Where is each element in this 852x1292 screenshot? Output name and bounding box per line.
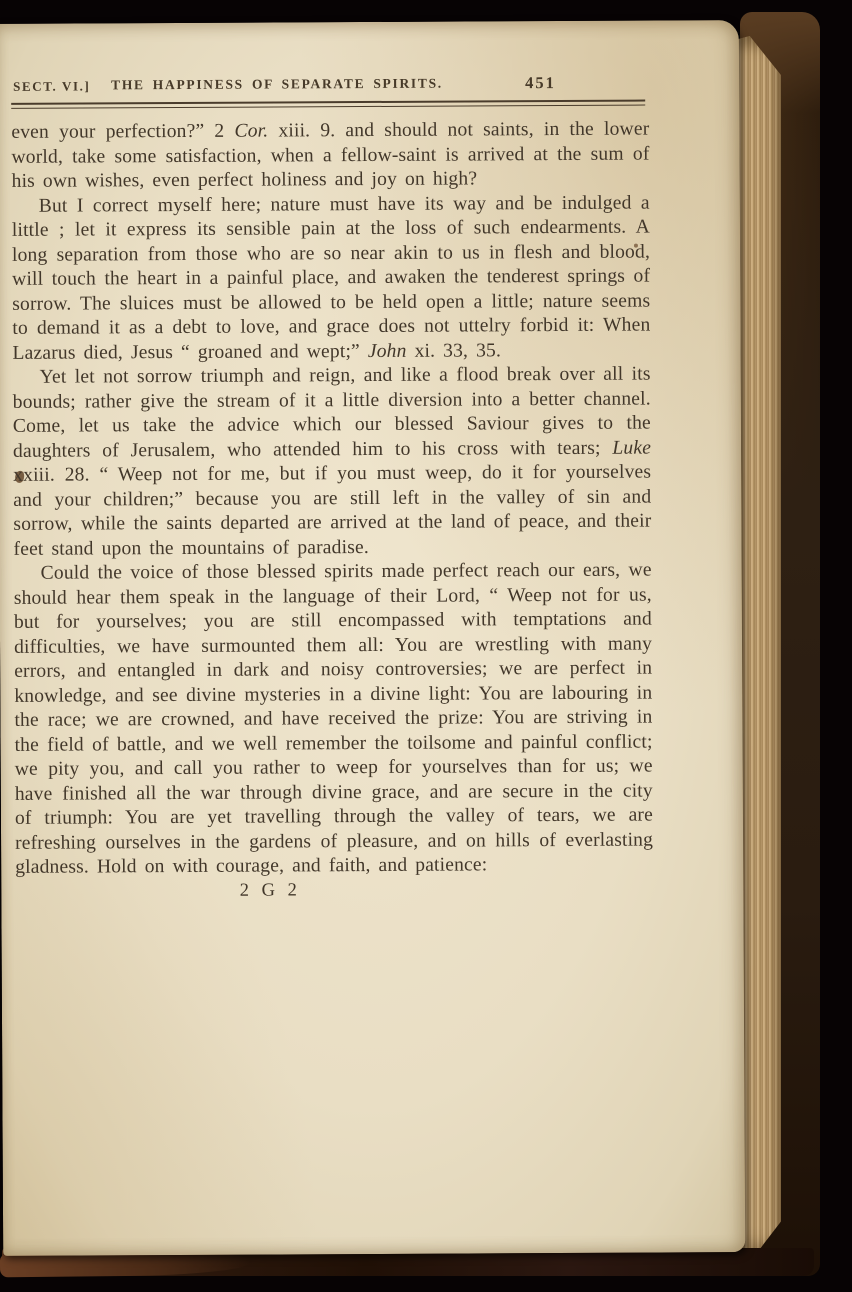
- running-title: THE HAPPINESS OF SEPARATE SPIRITS.: [111, 76, 443, 94]
- page-number: 451: [525, 73, 556, 93]
- book-scan-photo: { "scan": { "background_color": "#070304…: [0, 0, 852, 1292]
- printer-signature-mark: 2 G 2: [15, 879, 525, 903]
- paragraph-text: Could the voice of those blessed spirits…: [14, 560, 653, 878]
- paragraph-text: xi. 33, 35.: [406, 340, 501, 361]
- section-label: SECT. VI.]: [13, 78, 90, 94]
- paragraph-text: But I correct myself here; nature must h…: [12, 192, 651, 363]
- paragraph-text: even your perfection?” 2: [11, 121, 234, 143]
- body-paragraphs: even your perfection?” 2 Cor. xiii. 9. a…: [11, 118, 653, 881]
- paragraph: Could the voice of those blessed spirits…: [14, 559, 654, 881]
- scripture-reference: Cor.: [234, 121, 268, 142]
- paragraph: But I correct myself here; nature must h…: [12, 191, 651, 366]
- text-column: SECT. VI.] THE HAPPINESS OF SEPARATE SPI…: [11, 73, 653, 903]
- running-header: SECT. VI.] THE HAPPINESS OF SEPARATE SPI…: [11, 73, 649, 96]
- paragraph-text: xxiii. 28. “ Weep not for me, but if you…: [13, 462, 651, 560]
- book-page: SECT. VI.] THE HAPPINESS OF SEPARATE SPI…: [0, 20, 745, 1256]
- header-double-rule: [11, 100, 645, 109]
- paragraph: even your perfection?” 2 Cor. xiii. 9. a…: [11, 118, 649, 195]
- paragraph-text: Yet let not sorrow triumph and reign, an…: [13, 364, 651, 462]
- paragraph: Yet let not sorrow triumph and reign, an…: [13, 363, 652, 562]
- scripture-reference: Luke: [612, 437, 651, 458]
- scripture-reference: John: [368, 340, 407, 361]
